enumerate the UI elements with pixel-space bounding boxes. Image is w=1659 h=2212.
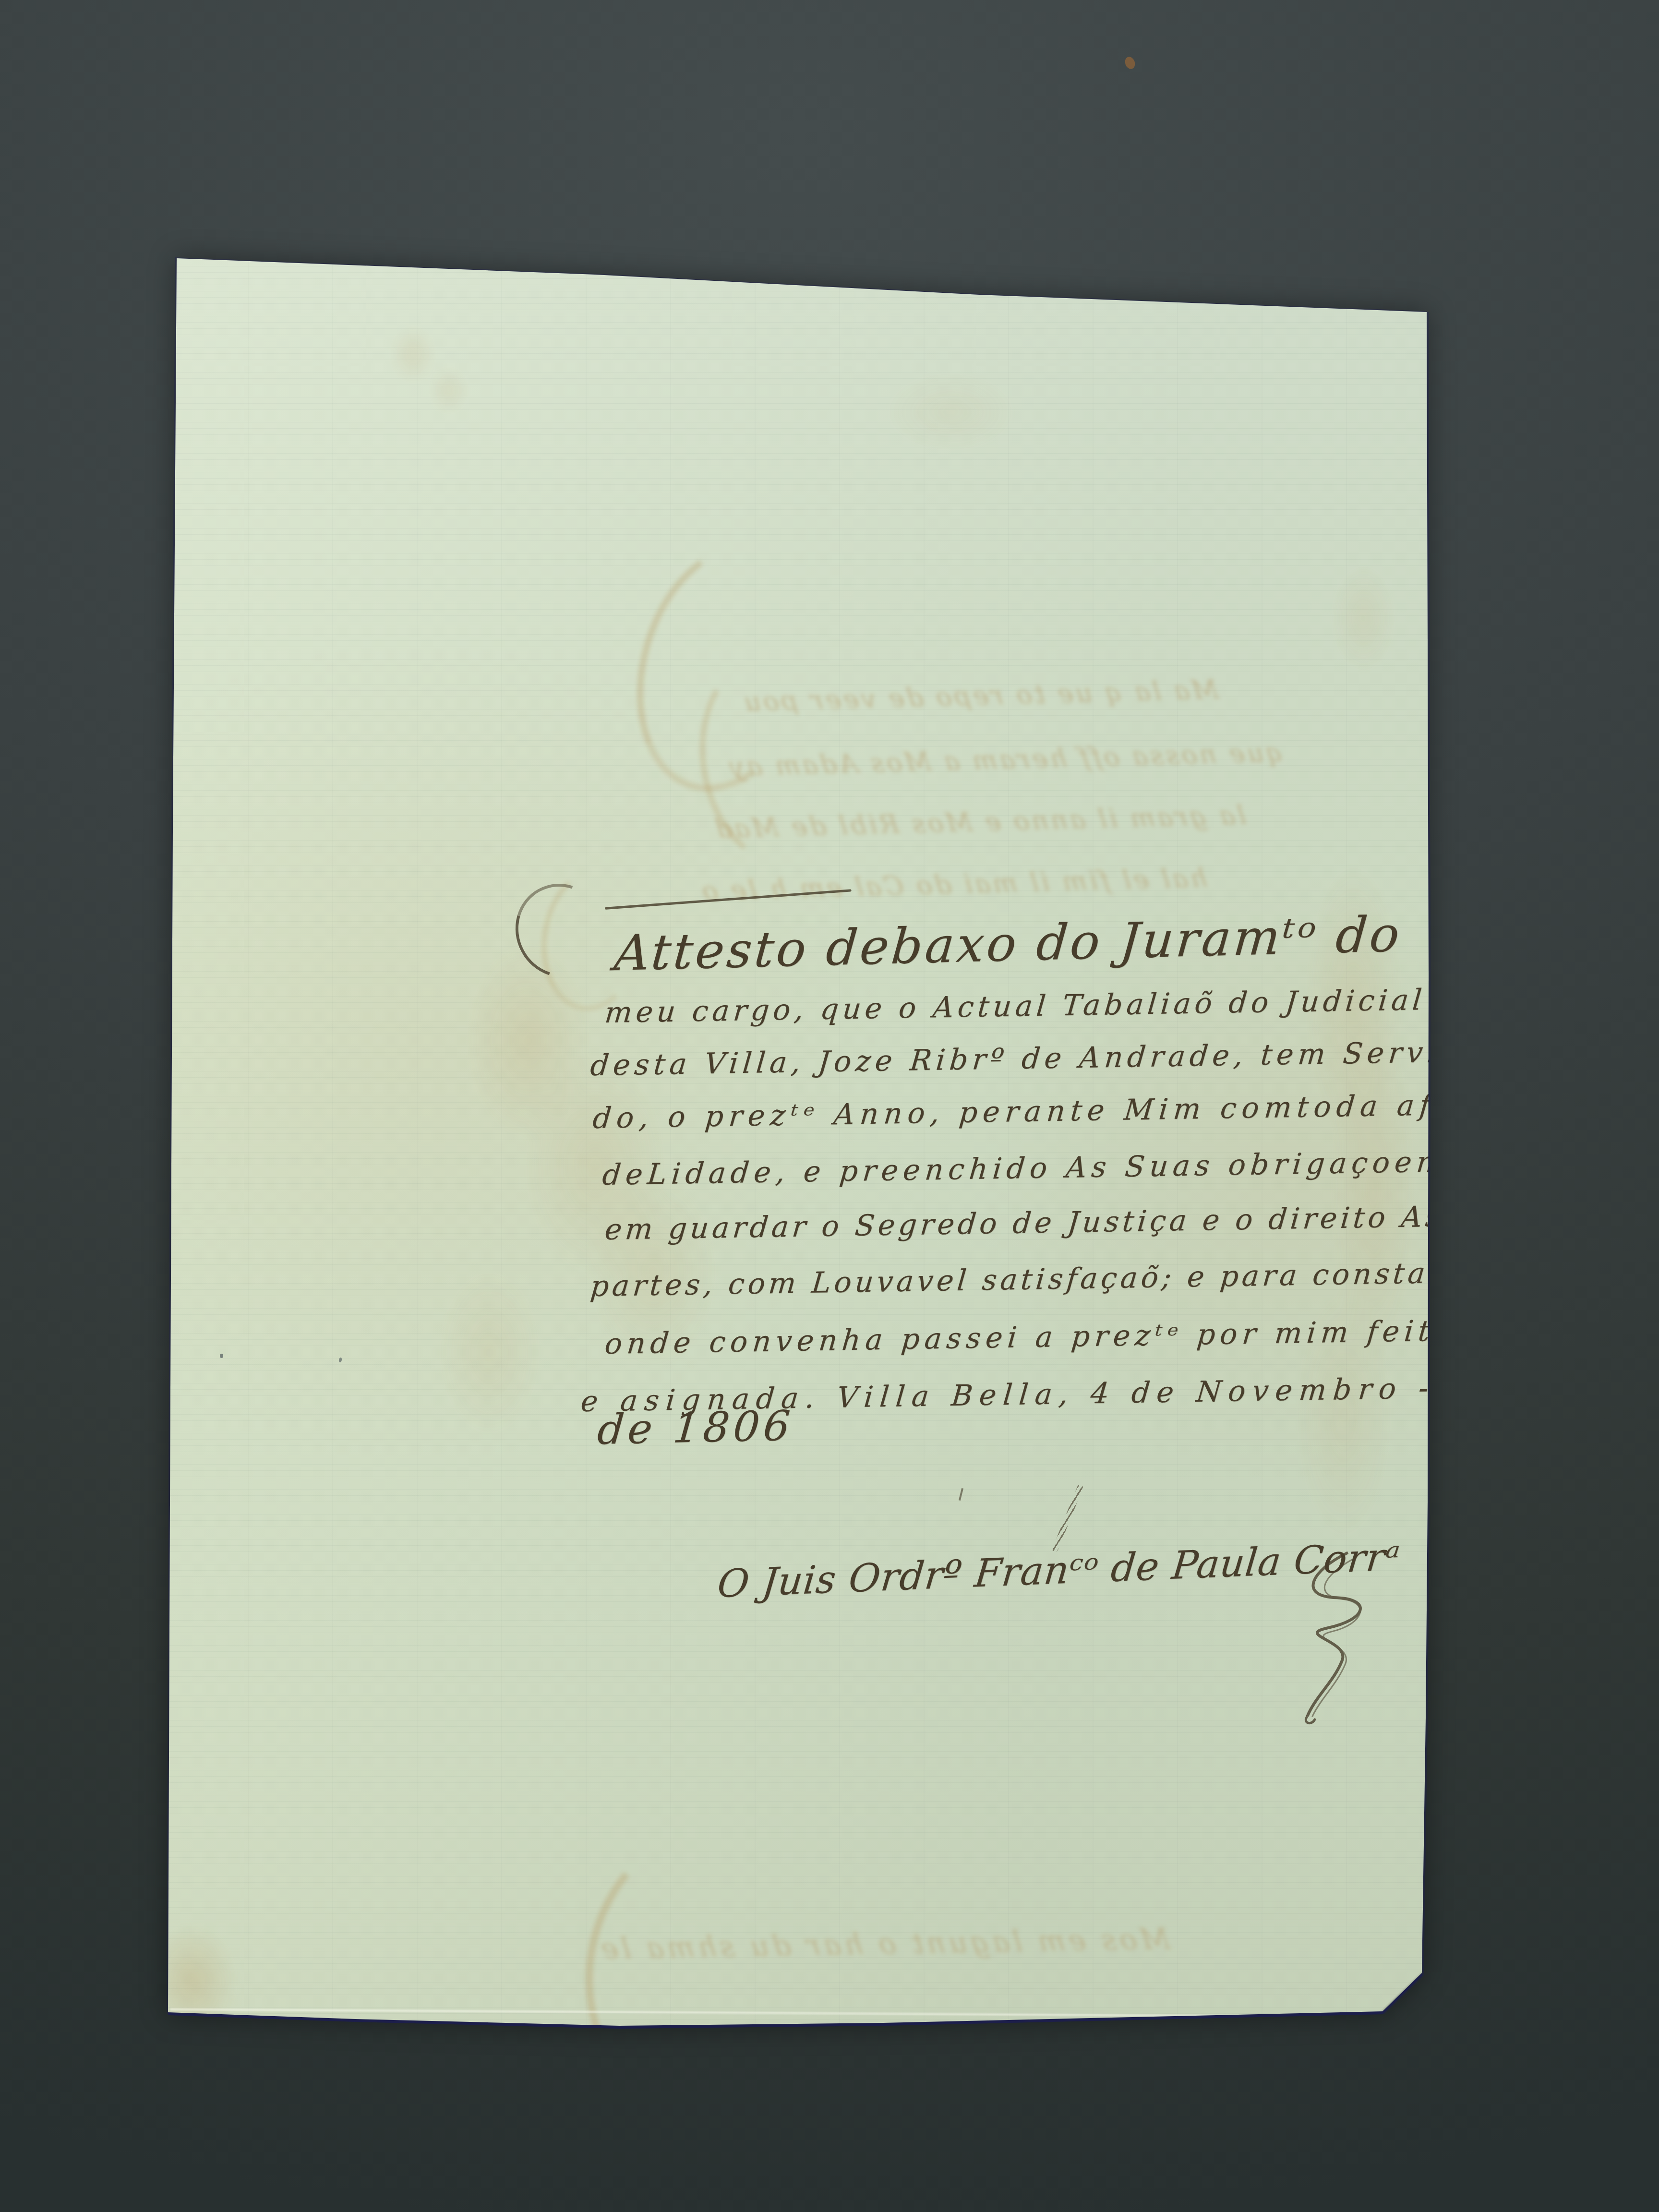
manuscript-year-line: de 1806 bbox=[596, 1405, 795, 1451]
backdrop-speck bbox=[1123, 55, 1137, 70]
paper-pinhole-dot bbox=[1102, 278, 1110, 289]
paper-fleck bbox=[220, 1354, 223, 1358]
photographed-document-scene: { "colors": { "backdrop_top": "#444c4d",… bbox=[0, 0, 1659, 2212]
paper: Ma la q ue to repo de veer pou que nossa… bbox=[163, 253, 1431, 2030]
paper-stain-mottling bbox=[163, 253, 1431, 2030]
signature-paraph-flourish bbox=[1276, 1546, 1403, 1726]
paper-wrapper: Ma la q ue to repo de veer pou que nossa… bbox=[163, 253, 1431, 2030]
